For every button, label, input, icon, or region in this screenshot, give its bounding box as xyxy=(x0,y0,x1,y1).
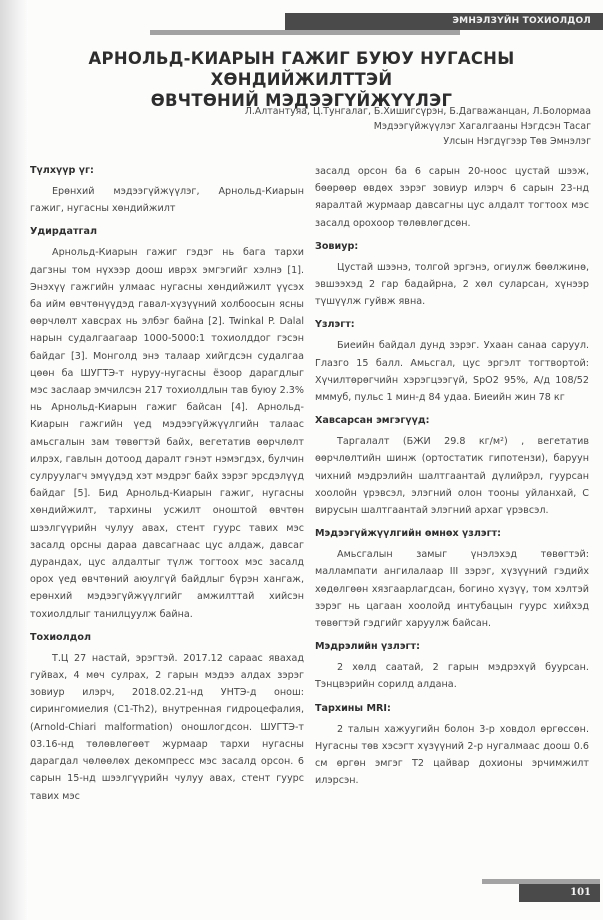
mri-heading: Тархины MRI: xyxy=(315,701,589,716)
case-heading: Тохиолдол xyxy=(30,630,304,645)
page-gutter-shadow xyxy=(0,0,28,920)
affiliation-department: Мэдээгүйжүүлэг Хагалгааны Нэгдсэн Тасаг xyxy=(245,119,591,134)
case-text-continued: засалд орсон ба 6 сарын 20-ноос цустай ш… xyxy=(315,163,589,232)
author-block: Л.Алтантуяа, Ц.Тунгалаг, Б.Хишигсүрэн, Б… xyxy=(245,104,591,149)
left-column: Түлхүүр үг: Ерөнхий мэдээгүйжүүлэг, Арно… xyxy=(30,163,304,812)
header-accent-bar xyxy=(150,30,460,35)
article-title: АРНОЛЬД-КИАРЫН ГАЖИГ БУЮУ НУГАСНЫ ХӨНДИЙ… xyxy=(0,48,603,111)
section-label: ЭМНЭЛЗҮЙН ТОХИОЛДОЛ xyxy=(452,13,591,30)
preanesthetic-heading: Мэдээгүйжүүлгийн өмнөх үзлэгт: xyxy=(315,526,589,541)
examination-text: Биеийн байдал дунд зэрэг. Ухаан санаа са… xyxy=(315,337,589,406)
comorbidities-heading: Хавсарсан эмгэгүүд: xyxy=(315,413,589,428)
comorbidities-text: Таргалалт (БЖИ 29.8 кг/м²) , вегетатив ө… xyxy=(315,433,589,519)
keywords-heading: Түлхүүр үг: xyxy=(30,163,304,178)
keywords-text: Ерөнхий мэдээгүйжүүлэг, Арнольд-Киарын г… xyxy=(30,183,304,217)
neurological-heading: Мэдрэлийн үзлэгт: xyxy=(315,639,589,654)
complaints-text: Цустай шээнэ, толгой эргэнэ, огиулж бөөл… xyxy=(315,259,589,311)
preanesthetic-text: Амьсгалын замыг үнэлэхэд төвөгтэй: малла… xyxy=(315,546,589,632)
case-text: Т.Ц 27 настай, эрэгтэй. 2017.12 сараас я… xyxy=(30,650,304,805)
neurological-text: 2 хөлд саатай, 2 гарын мэдрэхүй буурсан.… xyxy=(315,659,589,693)
complaints-heading: Зовиур: xyxy=(315,239,589,254)
article-title-line-1: АРНОЛЬД-КИАРЫН ГАЖИГ БУЮУ НУГАСНЫ ХӨНДИЙ… xyxy=(0,48,603,90)
mri-text: 2 талын хажуугийн болон 3-р ховдол өргөс… xyxy=(315,721,589,790)
affiliation-hospital: Улсын Нэгдүгээр Төв Эмнэлэг xyxy=(245,134,591,149)
page-number: 101 xyxy=(570,884,591,902)
examination-heading: Үзлэгт: xyxy=(315,317,589,332)
authors: Л.Алтантуяа, Ц.Тунгалаг, Б.Хишигсүрэн, Б… xyxy=(245,104,591,119)
right-column: засалд орсон ба 6 сарын 20-ноос цустай ш… xyxy=(315,163,589,796)
introduction-text: Арнольд-Киарын гажиг гэдэг нь бага тархи… xyxy=(30,244,304,622)
introduction-heading: Удирдатгал xyxy=(30,224,304,239)
